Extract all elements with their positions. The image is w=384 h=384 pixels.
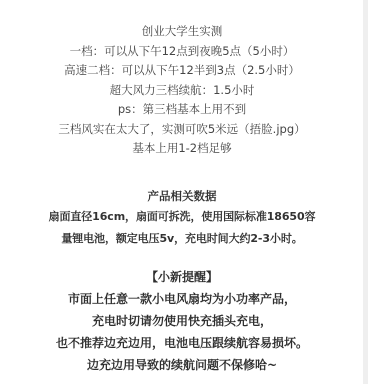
reminder-line-2: 充电时切请勿使用快充插头充电，	[0, 310, 364, 332]
specs-line-2: 量锂电池，额定电压5v，充电时间大约2-3小时。	[0, 228, 364, 250]
specs-line-1: 扇面直径16cm，扇面可拆洗，使用国际标准18650容	[0, 206, 364, 228]
product-specs-section: 产品相关数据 扇面直径16cm，扇面可拆洗，使用国际标准18650容 量锂电池，…	[0, 186, 364, 250]
test-results-title: 创业大学生实测	[0, 22, 364, 42]
product-specs-title: 产品相关数据	[0, 186, 364, 206]
scrollbar-track[interactable]	[363, 0, 368, 384]
test-results-section: 创业大学生实测 一档：可以从下午12点到夜晚5点（5小时） 高速二档：可以从下午…	[0, 22, 364, 159]
product-description-page: 创业大学生实测 一档：可以从下午12点到夜晚5点（5小时） 高速二档：可以从下午…	[0, 0, 384, 384]
reminder-title: 【小新提醒】	[0, 266, 364, 288]
test-line-summary: 基本上用1-2档足够	[0, 139, 364, 159]
description-content: 创业大学生实测 一档：可以从下午12点到夜晚5点（5小时） 高速二档：可以从下午…	[0, 0, 364, 384]
test-line-gear1: 一档：可以从下午12点到夜晚5点（5小时）	[0, 42, 364, 62]
test-line-ps: ps：第三档基本上用不到	[0, 100, 364, 120]
reminder-line-4: 边充边用导致的续航问题不保修哈~	[0, 354, 364, 376]
reminder-line-3: 也不推荐边充边用，电池电压跟续航容易损坏。	[0, 332, 364, 354]
test-line-wind: 三档风实在太大了，实测可吹5米远（捂脸.jpg）	[0, 120, 364, 140]
reminder-line-1: 市面上任意一款小电风扇均为小功率产品，	[0, 288, 364, 310]
reminder-section: 【小新提醒】 市面上任意一款小电风扇均为小功率产品， 充电时切请勿使用快充插头充…	[0, 266, 364, 376]
test-line-gear2: 高速二档：可以从下午12半到3点（2.5小时）	[0, 61, 364, 81]
test-line-gear3: 超大风力三档续航：1.5小时	[0, 81, 364, 101]
